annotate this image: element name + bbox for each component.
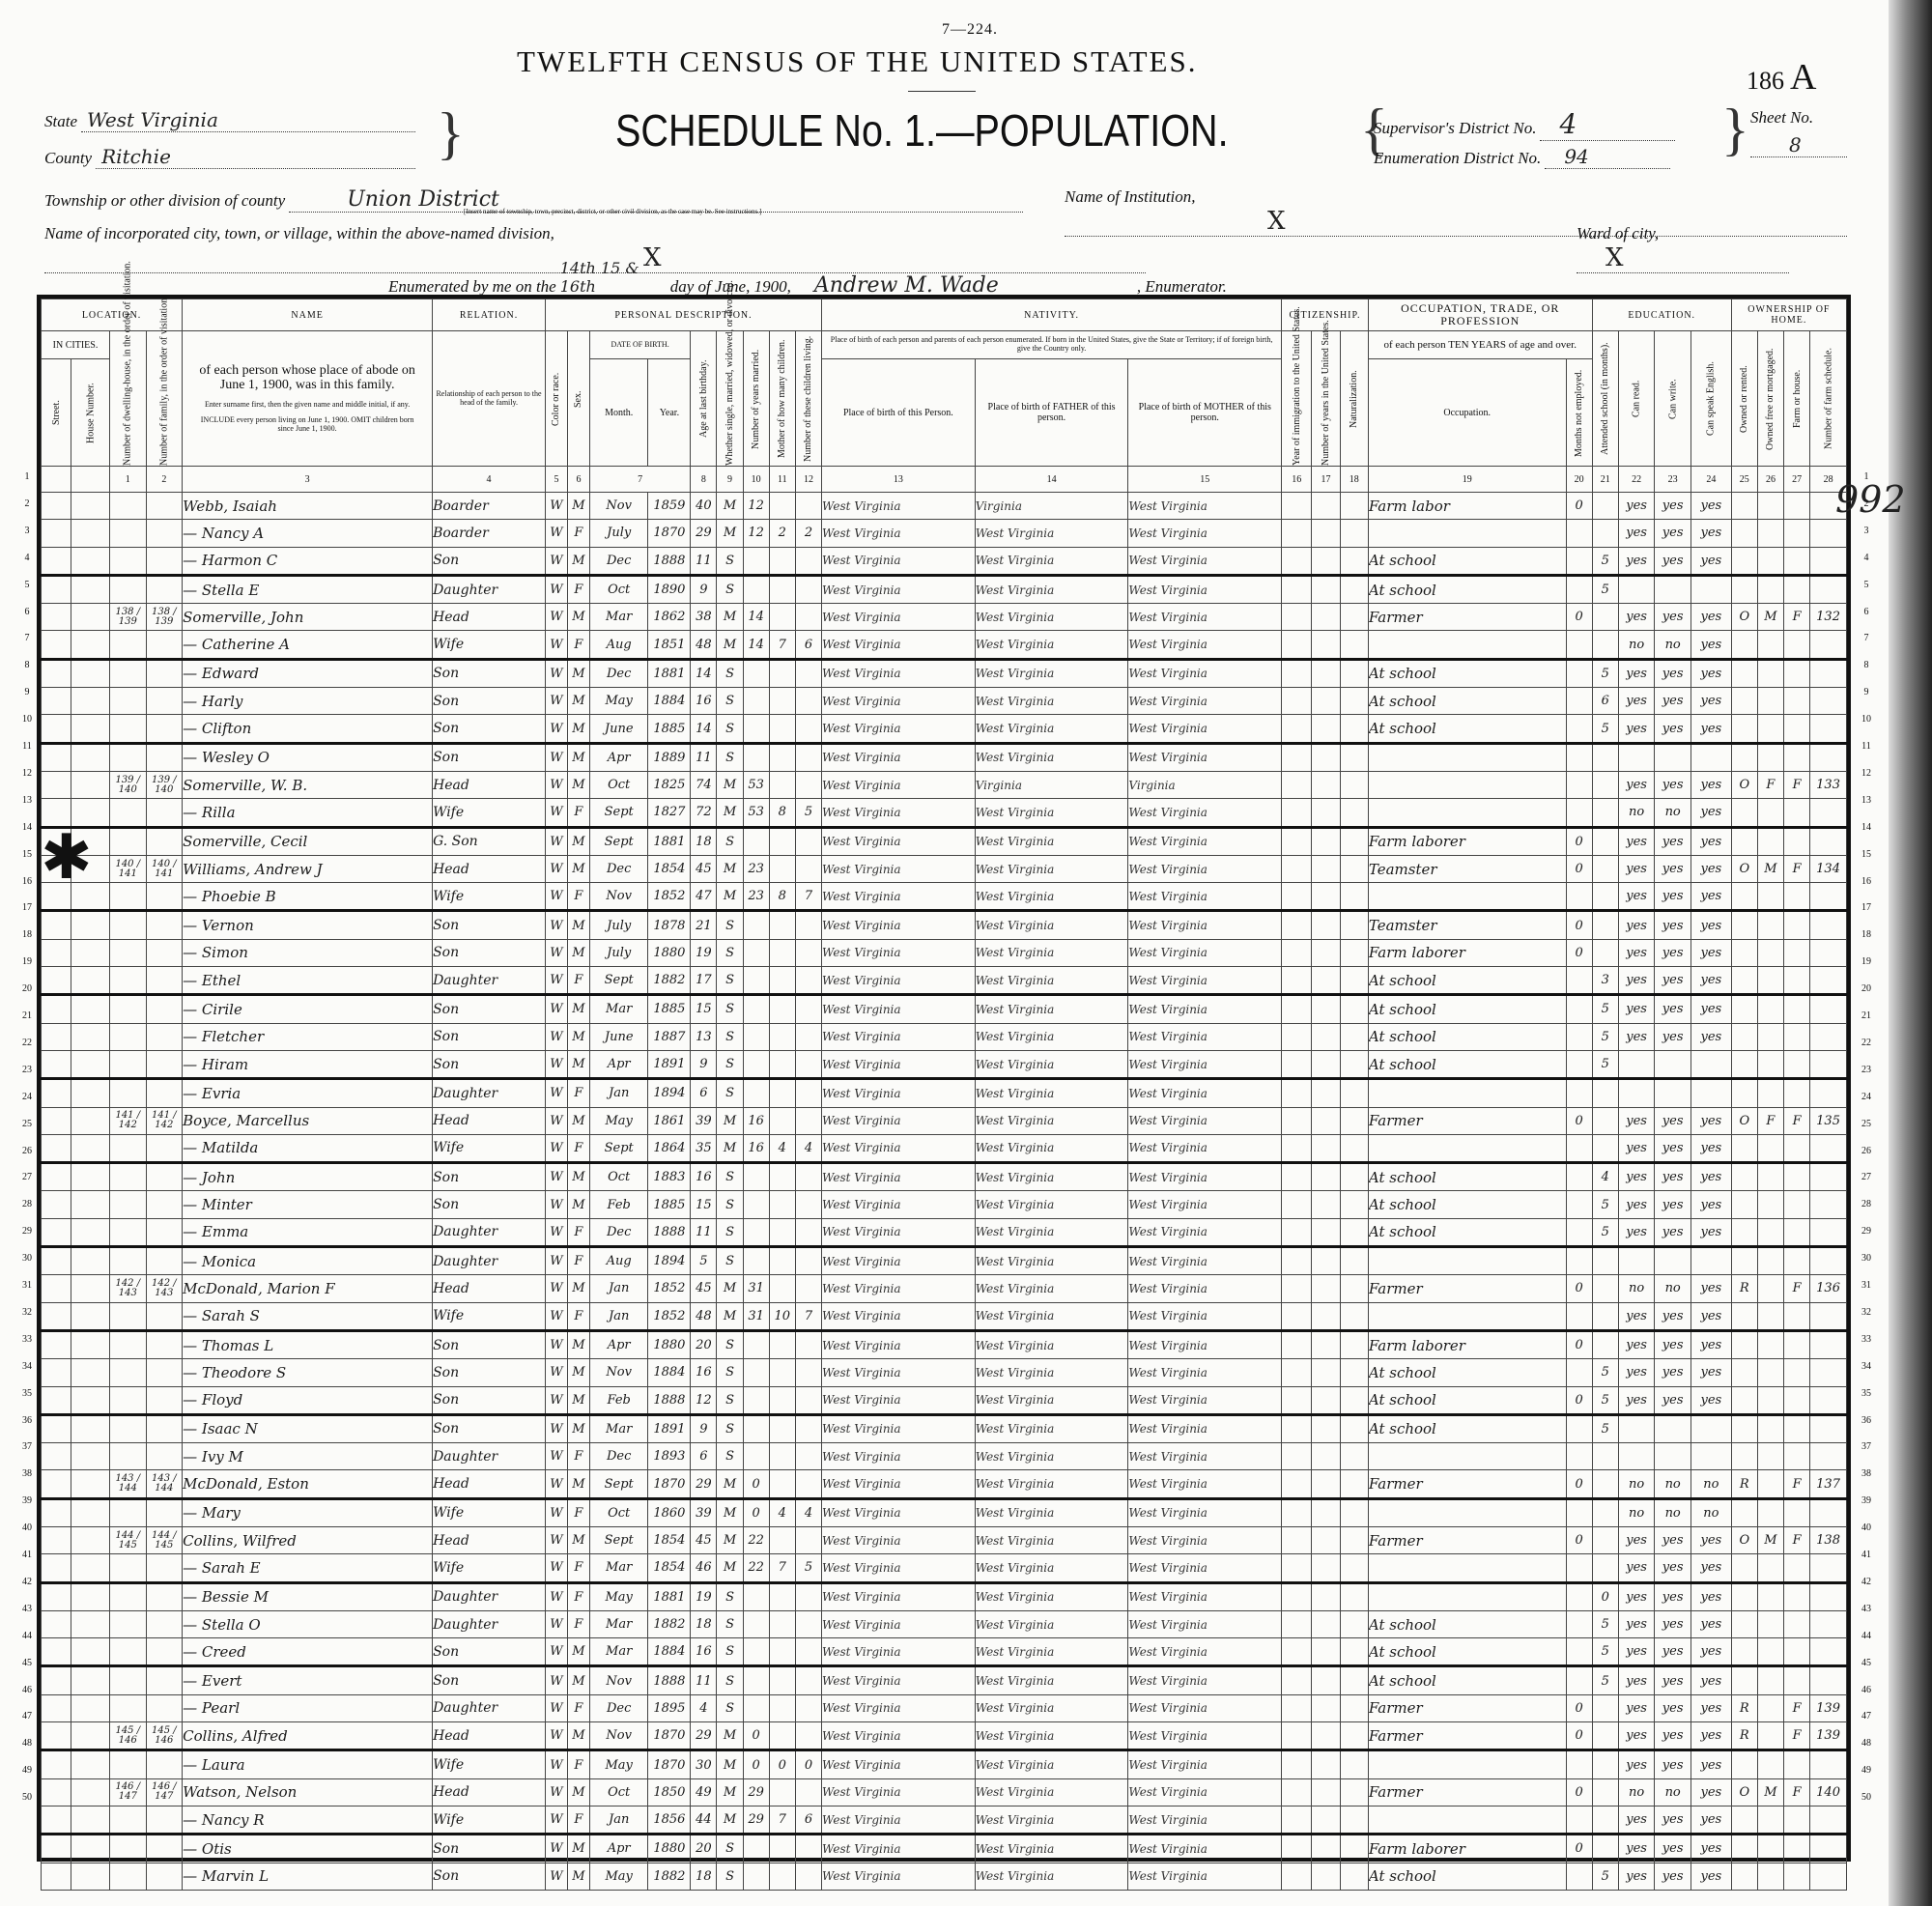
cell-mother-birthplace: West Virginia	[1128, 1330, 1282, 1358]
cell-months-unemployed	[1566, 1079, 1592, 1107]
cell-sex: M	[567, 493, 589, 520]
cell-name: — Stella O	[183, 1610, 433, 1637]
cell-street	[42, 1386, 71, 1414]
cell-can-read: yes	[1618, 659, 1655, 687]
cell-years-married	[743, 1694, 769, 1721]
cell-mother-of	[769, 911, 795, 939]
cell-relation: Son	[433, 715, 546, 743]
cell-color: W	[545, 1806, 567, 1834]
cell-naturalization	[1340, 743, 1368, 771]
cell-farm-schedule	[1810, 1386, 1847, 1414]
cell-can-write: no	[1655, 1778, 1691, 1806]
cell-birthplace: West Virginia	[822, 1526, 976, 1553]
cell-relation: Son	[433, 547, 546, 575]
cell-marital-status: S	[717, 1835, 743, 1863]
institution-label: Name of Institution,	[1065, 187, 1196, 206]
cell-can-write: yes	[1655, 911, 1691, 939]
cell-months-unemployed	[1566, 520, 1592, 547]
cell-naturalization	[1340, 688, 1368, 715]
header-date-of-birth: DATE OF BIRTH.	[589, 331, 690, 359]
cell-can-read: yes	[1618, 1582, 1655, 1610]
cell-age: 6	[691, 1079, 717, 1107]
cell-birth-month: Mar	[589, 995, 648, 1023]
cell-can-read: yes	[1618, 1359, 1655, 1386]
ward-field: Ward of city, X	[1577, 224, 1866, 273]
cell-birth-year: 1854	[648, 855, 691, 882]
cell-fam	[146, 715, 183, 743]
cell-house	[71, 1302, 110, 1330]
cell-marital-status: M	[717, 771, 743, 798]
cell-name: — Matilda	[183, 1134, 433, 1162]
cell-name: — Evria	[183, 1079, 433, 1107]
cell-birth-month: Oct	[589, 1498, 648, 1526]
cell-mother-of	[769, 827, 795, 855]
cell-name: — Minter	[183, 1191, 433, 1218]
cell-months-unemployed	[1566, 1247, 1592, 1275]
cell-can-write: yes	[1655, 1694, 1691, 1721]
cell-owned-rented	[1731, 1750, 1757, 1778]
cell-free-mortgaged	[1757, 1694, 1783, 1721]
cell-birth-month: Jan	[589, 1079, 648, 1107]
cell-owned-rented	[1731, 743, 1757, 771]
cell-years-in-us	[1312, 1863, 1340, 1890]
cell-dw: 144 / 145	[109, 1526, 146, 1553]
cell-father-birthplace: West Virginia	[975, 1359, 1128, 1386]
supervisor-value: 4	[1540, 108, 1675, 141]
header-occupation-description: of each person TEN YEARS of age and over…	[1368, 331, 1592, 359]
cell-relation: Son	[433, 995, 546, 1023]
cell-months-unemployed	[1566, 995, 1592, 1023]
cell-father-birthplace: West Virginia	[975, 1638, 1128, 1666]
row-number-left: 28	[17, 1199, 37, 1209]
row-number-right: 9	[1857, 687, 1876, 697]
cell-speak-english: yes	[1690, 1806, 1731, 1834]
cell-occupation	[1368, 1582, 1566, 1610]
cell-immigration-year	[1282, 659, 1312, 687]
cell-years-in-us	[1312, 1134, 1340, 1162]
cell-farm-house	[1784, 1386, 1810, 1414]
table-row: — Isaac NSonWMMar18919SWest VirginiaWest…	[42, 1414, 1847, 1442]
cell-immigration-year	[1282, 1835, 1312, 1863]
cell-occupation	[1368, 883, 1566, 911]
cell-children-living	[795, 1330, 821, 1358]
page-number-value: 186	[1747, 67, 1784, 95]
row-number-right: 37	[1857, 1441, 1876, 1452]
cell-mother-birthplace: West Virginia	[1128, 1302, 1282, 1330]
cell-sex: M	[567, 1275, 589, 1302]
row-number-right: 41	[1857, 1550, 1876, 1560]
row-number-left: 25	[17, 1119, 37, 1129]
name-inst2: INCLUDE every person living on June 1, 1…	[192, 416, 422, 434]
cell-free-mortgaged: F	[1757, 1107, 1783, 1134]
cell-color: W	[545, 688, 567, 715]
cell-naturalization	[1340, 1835, 1368, 1863]
cell-dw	[109, 1386, 146, 1414]
cell-farm-schedule: 138	[1810, 1526, 1847, 1553]
cell-dw	[109, 1610, 146, 1637]
cell-name: Webb, Isaiah	[183, 493, 433, 520]
cell-naturalization	[1340, 1134, 1368, 1162]
cell-relation: Boarder	[433, 493, 546, 520]
cell-relation: Son	[433, 1638, 546, 1666]
cell-occupation: At school	[1368, 1386, 1566, 1414]
row-number-left: 9	[17, 687, 37, 697]
cell-speak-english: yes	[1690, 1638, 1731, 1666]
enumerated-prefix: Enumerated by me on the	[388, 277, 556, 296]
cell-birthplace: West Virginia	[822, 631, 976, 659]
cell-street	[42, 1023, 71, 1050]
cell-mother-birthplace: West Virginia	[1128, 1247, 1282, 1275]
cell-months-unemployed	[1566, 1414, 1592, 1442]
cell-marital-status: S	[717, 1163, 743, 1191]
cell-street	[42, 1359, 71, 1386]
cell-mother-of	[769, 659, 795, 687]
cell-dw: 145 / 146	[109, 1722, 146, 1750]
cell-name: — Bessie M	[183, 1582, 433, 1610]
cell-speak-english: yes	[1690, 911, 1731, 939]
cell-age: 40	[691, 493, 717, 520]
cell-birth-month: July	[589, 939, 648, 966]
cell-color: W	[545, 1835, 567, 1863]
cell-farm-schedule	[1810, 1134, 1847, 1162]
cell-children-living	[795, 1470, 821, 1498]
cell-mother-birthplace: West Virginia	[1128, 715, 1282, 743]
cell-street	[42, 1302, 71, 1330]
cell-father-birthplace: West Virginia	[975, 1863, 1128, 1890]
cell-age: 15	[691, 1191, 717, 1218]
cell-name: Somerville, W. B.	[183, 771, 433, 798]
cell-farm-schedule	[1810, 1247, 1847, 1275]
column-number-20: 20	[1566, 467, 1592, 493]
cell-farm-house: F	[1784, 1275, 1810, 1302]
cell-street	[42, 1134, 71, 1162]
row-number-right: 42	[1857, 1577, 1876, 1587]
cell-years-married	[743, 1218, 769, 1246]
cell-years-in-us	[1312, 1554, 1340, 1582]
cell-color: W	[545, 1694, 567, 1721]
cell-birth-month: May	[589, 1750, 648, 1778]
cell-fam	[146, 1835, 183, 1863]
cell-mother-of	[769, 1526, 795, 1553]
row-number-left: 6	[17, 607, 37, 617]
cell-children-living: 2	[795, 520, 821, 547]
row-number-right: 45	[1857, 1658, 1876, 1668]
cell-birth-month: Sept	[589, 1470, 648, 1498]
cell-house	[71, 771, 110, 798]
cell-fam: 146 / 147	[146, 1778, 183, 1806]
cell-years-married	[743, 1050, 769, 1078]
header-speak-english: Can speak English.	[1690, 331, 1731, 467]
row-number-right: 16	[1857, 876, 1876, 887]
cell-can-write: yes	[1655, 604, 1691, 631]
cell-birthplace: West Virginia	[822, 1302, 976, 1330]
cell-owned-rented	[1731, 995, 1757, 1023]
cell-owned-rented: O	[1731, 604, 1757, 631]
cell-age: 9	[691, 1414, 717, 1442]
cell-birthplace: West Virginia	[822, 1806, 976, 1834]
row-number-right: 26	[1857, 1146, 1876, 1156]
cell-years-in-us	[1312, 967, 1340, 995]
cell-marital-status: M	[717, 1275, 743, 1302]
cell-street	[42, 659, 71, 687]
cell-occupation: At school	[1368, 967, 1566, 995]
table-row: — Marvin LSonWMMay188218SWest VirginiaWe…	[42, 1863, 1847, 1890]
cell-owned-rented	[1731, 967, 1757, 995]
cell-immigration-year	[1282, 1218, 1312, 1246]
cell-house	[71, 1694, 110, 1721]
cell-house	[71, 1443, 110, 1470]
cell-father-birthplace: Virginia	[975, 493, 1128, 520]
cell-speak-english	[1690, 1414, 1731, 1442]
cell-farm-house	[1784, 1191, 1810, 1218]
cell-relation: Head	[433, 604, 546, 631]
cell-farm-schedule	[1810, 1554, 1847, 1582]
cell-house	[71, 1666, 110, 1694]
cell-years-in-us	[1312, 1778, 1340, 1806]
cell-can-read: yes	[1618, 493, 1655, 520]
cell-house	[71, 1050, 110, 1078]
cell-free-mortgaged	[1757, 1359, 1783, 1386]
cell-fam	[146, 967, 183, 995]
table-row: — SimonSonWMJuly188019SWest VirginiaWest…	[42, 939, 1847, 966]
cell-dw	[109, 1694, 146, 1721]
cell-father-birthplace: West Virginia	[975, 1163, 1128, 1191]
cell-can-write: yes	[1655, 520, 1691, 547]
cell-years-married	[743, 827, 769, 855]
cell-marital-status: S	[717, 743, 743, 771]
cell-birth-year: 1882	[648, 967, 691, 995]
cell-color: W	[545, 883, 567, 911]
cell-years-married	[743, 1079, 769, 1107]
cell-sex: M	[567, 1359, 589, 1386]
cell-years-married	[743, 911, 769, 939]
cell-birth-year: 1878	[648, 911, 691, 939]
cell-owned-rented	[1731, 1386, 1757, 1414]
cell-children-living: 4	[795, 1498, 821, 1526]
cell-farm-schedule: 135	[1810, 1107, 1847, 1134]
cell-mother-of: 4	[769, 1134, 795, 1162]
cell-birthplace: West Virginia	[822, 1498, 976, 1526]
cell-can-read: yes	[1618, 883, 1655, 911]
cell-months-unemployed	[1566, 1666, 1592, 1694]
cell-can-read	[1618, 1443, 1655, 1470]
cell-dw: 141 / 142	[109, 1107, 146, 1134]
cell-fam	[146, 1050, 183, 1078]
cell-naturalization	[1340, 799, 1368, 827]
cell-color: W	[545, 1330, 567, 1358]
cell-owned-rented	[1731, 1023, 1757, 1050]
cell-attended-school: 5	[1592, 1610, 1618, 1637]
cell-speak-english: yes	[1690, 1778, 1731, 1806]
header-owned-rented: Owned or rented.	[1731, 331, 1757, 467]
cell-can-write: no	[1655, 1275, 1691, 1302]
cell-naturalization	[1340, 1359, 1368, 1386]
cell-mother-birthplace: West Virginia	[1128, 575, 1282, 603]
table-row: — EvertSonWMNov188811SWest VirginiaWest …	[42, 1666, 1847, 1694]
cell-age: 48	[691, 1302, 717, 1330]
cell-birthplace: West Virginia	[822, 1079, 976, 1107]
cell-mother-birthplace: West Virginia	[1128, 883, 1282, 911]
cell-sex: F	[567, 575, 589, 603]
cell-mother-birthplace: West Virginia	[1128, 520, 1282, 547]
cell-years-in-us	[1312, 1302, 1340, 1330]
cell-age: 18	[691, 1863, 717, 1890]
cell-occupation: At school	[1368, 1666, 1566, 1694]
cell-street	[42, 1079, 71, 1107]
cell-immigration-year	[1282, 967, 1312, 995]
cell-color: W	[545, 1079, 567, 1107]
cell-occupation: At school	[1368, 1163, 1566, 1191]
cell-can-read: yes	[1618, 1694, 1655, 1721]
row-number-right: 49	[1857, 1765, 1876, 1776]
cell-mother-birthplace: West Virginia	[1128, 1107, 1282, 1134]
cell-relation: Son	[433, 939, 546, 966]
cell-naturalization	[1340, 911, 1368, 939]
cell-age: 38	[691, 604, 717, 631]
supervisor-label: Supervisor's District No.	[1374, 119, 1536, 137]
cell-sex: M	[567, 1470, 589, 1498]
cell-attended-school	[1592, 771, 1618, 798]
cell-fam: 144 / 145	[146, 1526, 183, 1553]
cell-street	[42, 1582, 71, 1610]
cell-naturalization	[1340, 1443, 1368, 1470]
cell-age: 14	[691, 659, 717, 687]
cell-birth-year: 1889	[648, 743, 691, 771]
cell-months-unemployed	[1566, 743, 1592, 771]
cell-birth-month: Feb	[589, 1386, 648, 1414]
cell-birth-month: Sept	[589, 967, 648, 995]
cell-sex: M	[567, 688, 589, 715]
cell-free-mortgaged	[1757, 799, 1783, 827]
cell-can-write	[1655, 1050, 1691, 1078]
cell-attended-school	[1592, 1330, 1618, 1358]
cell-years-married	[743, 575, 769, 603]
row-number-left: 20	[17, 983, 37, 994]
table-row: — EthelDaughterWFSept188217SWest Virgini…	[42, 967, 1847, 995]
row-number-left: 13	[17, 795, 37, 806]
cell-birth-year: 1862	[648, 604, 691, 631]
cell-birthplace: West Virginia	[822, 1863, 976, 1890]
cell-attended-school	[1592, 1443, 1618, 1470]
cell-can-read: yes	[1618, 771, 1655, 798]
table-row: — MinterSonWMFeb188515SWest VirginiaWest…	[42, 1191, 1847, 1218]
cell-sex: M	[567, 1023, 589, 1050]
cell-father-birthplace: West Virginia	[975, 939, 1128, 966]
cell-years-in-us	[1312, 715, 1340, 743]
cell-fam	[146, 1023, 183, 1050]
row-number-left: 43	[17, 1604, 37, 1614]
row-number-right: 32	[1857, 1307, 1876, 1318]
cell-immigration-year	[1282, 1863, 1312, 1890]
schedule-title: SCHEDULE No. 1.—POPULATION.	[615, 104, 1229, 156]
cell-mother-of: 10	[769, 1302, 795, 1330]
cell-marital-status: S	[717, 1443, 743, 1470]
row-number-left: 33	[17, 1334, 37, 1345]
header-family-number: Number of family, in the order of visita…	[146, 331, 183, 467]
cell-attended-school	[1592, 1554, 1618, 1582]
cell-immigration-year	[1282, 547, 1312, 575]
cell-owned-rented	[1731, 799, 1757, 827]
cell-owned-rented	[1731, 575, 1757, 603]
cell-mother-of	[769, 1163, 795, 1191]
cell-birth-year: 1881	[648, 659, 691, 687]
table-row: — VernonSonWMJuly187821SWest VirginiaWes…	[42, 911, 1847, 939]
cell-speak-english: yes	[1690, 799, 1731, 827]
row-number-right: 35	[1857, 1388, 1876, 1399]
cell-mother-birthplace: Virginia	[1128, 771, 1282, 798]
cell-mother-birthplace: West Virginia	[1128, 604, 1282, 631]
cell-naturalization	[1340, 1778, 1368, 1806]
cell-name: — Harmon C	[183, 547, 433, 575]
cell-birth-month: May	[589, 1863, 648, 1890]
cell-mother-of	[769, 1191, 795, 1218]
cell-naturalization	[1340, 1191, 1368, 1218]
cell-relation: Son	[433, 911, 546, 939]
cell-birth-year: 1854	[648, 1526, 691, 1553]
cell-marital-status: S	[717, 995, 743, 1023]
document-title: TWELFTH CENSUS OF THE UNITED STATES.	[517, 44, 1197, 79]
cell-occupation	[1368, 1806, 1566, 1834]
cell-sex: M	[567, 1638, 589, 1666]
star-marker-icon: ✱	[41, 827, 93, 889]
cell-age: 20	[691, 1835, 717, 1863]
header-can-read: Can read.	[1618, 331, 1655, 467]
column-number-21: 21	[1592, 467, 1618, 493]
cell-months-unemployed	[1566, 715, 1592, 743]
cell-occupation: At school	[1368, 715, 1566, 743]
cell-relation: Son	[433, 1414, 546, 1442]
cell-name: — Simon	[183, 939, 433, 966]
cell-birthplace: West Virginia	[822, 1835, 976, 1863]
row-number-right: 29	[1857, 1226, 1876, 1237]
cell-color: W	[545, 939, 567, 966]
cell-immigration-year	[1282, 1359, 1312, 1386]
cell-age: 45	[691, 855, 717, 882]
enumerated-days: 14th 15 & 16th	[560, 259, 667, 297]
cell-can-read: yes	[1618, 967, 1655, 995]
census-table-container: LOCATION. NAME RELATION. PERSONAL DESCRI…	[37, 295, 1851, 1862]
cell-farm-schedule	[1810, 1302, 1847, 1330]
cell-can-write	[1655, 1414, 1691, 1442]
cell-birth-month: Jan	[589, 1302, 648, 1330]
column-number-16: 16	[1282, 467, 1312, 493]
cell-marital-status: S	[717, 1050, 743, 1078]
cell-attended-school	[1592, 1750, 1618, 1778]
cell-owned-rented	[1731, 939, 1757, 966]
cell-birth-year: 1880	[648, 939, 691, 966]
cell-can-write: yes	[1655, 493, 1691, 520]
cell-birthplace: West Virginia	[822, 1694, 976, 1721]
cell-mother-birthplace: West Virginia	[1128, 995, 1282, 1023]
cell-owned-rented	[1731, 1835, 1757, 1863]
table-row: — CreedSonWMMar188416SWest VirginiaWest …	[42, 1638, 1847, 1666]
cell-immigration-year	[1282, 1722, 1312, 1750]
column-number-24: 24	[1690, 467, 1731, 493]
cell-years-in-us	[1312, 855, 1340, 882]
column-number-19: 19	[1368, 467, 1566, 493]
cell-fam	[146, 688, 183, 715]
row-number-left: 2	[17, 498, 37, 509]
cell-children-living: 0	[795, 1750, 821, 1778]
cell-color: W	[545, 1470, 567, 1498]
cell-months-unemployed: 0	[1566, 939, 1592, 966]
cell-color: W	[545, 1526, 567, 1553]
cell-birth-year: 1852	[648, 1302, 691, 1330]
cell-birth-year: 1887	[648, 1023, 691, 1050]
row-number-left: 42	[17, 1577, 37, 1587]
cell-name: — Pearl	[183, 1694, 433, 1721]
county-label: County	[44, 149, 92, 167]
